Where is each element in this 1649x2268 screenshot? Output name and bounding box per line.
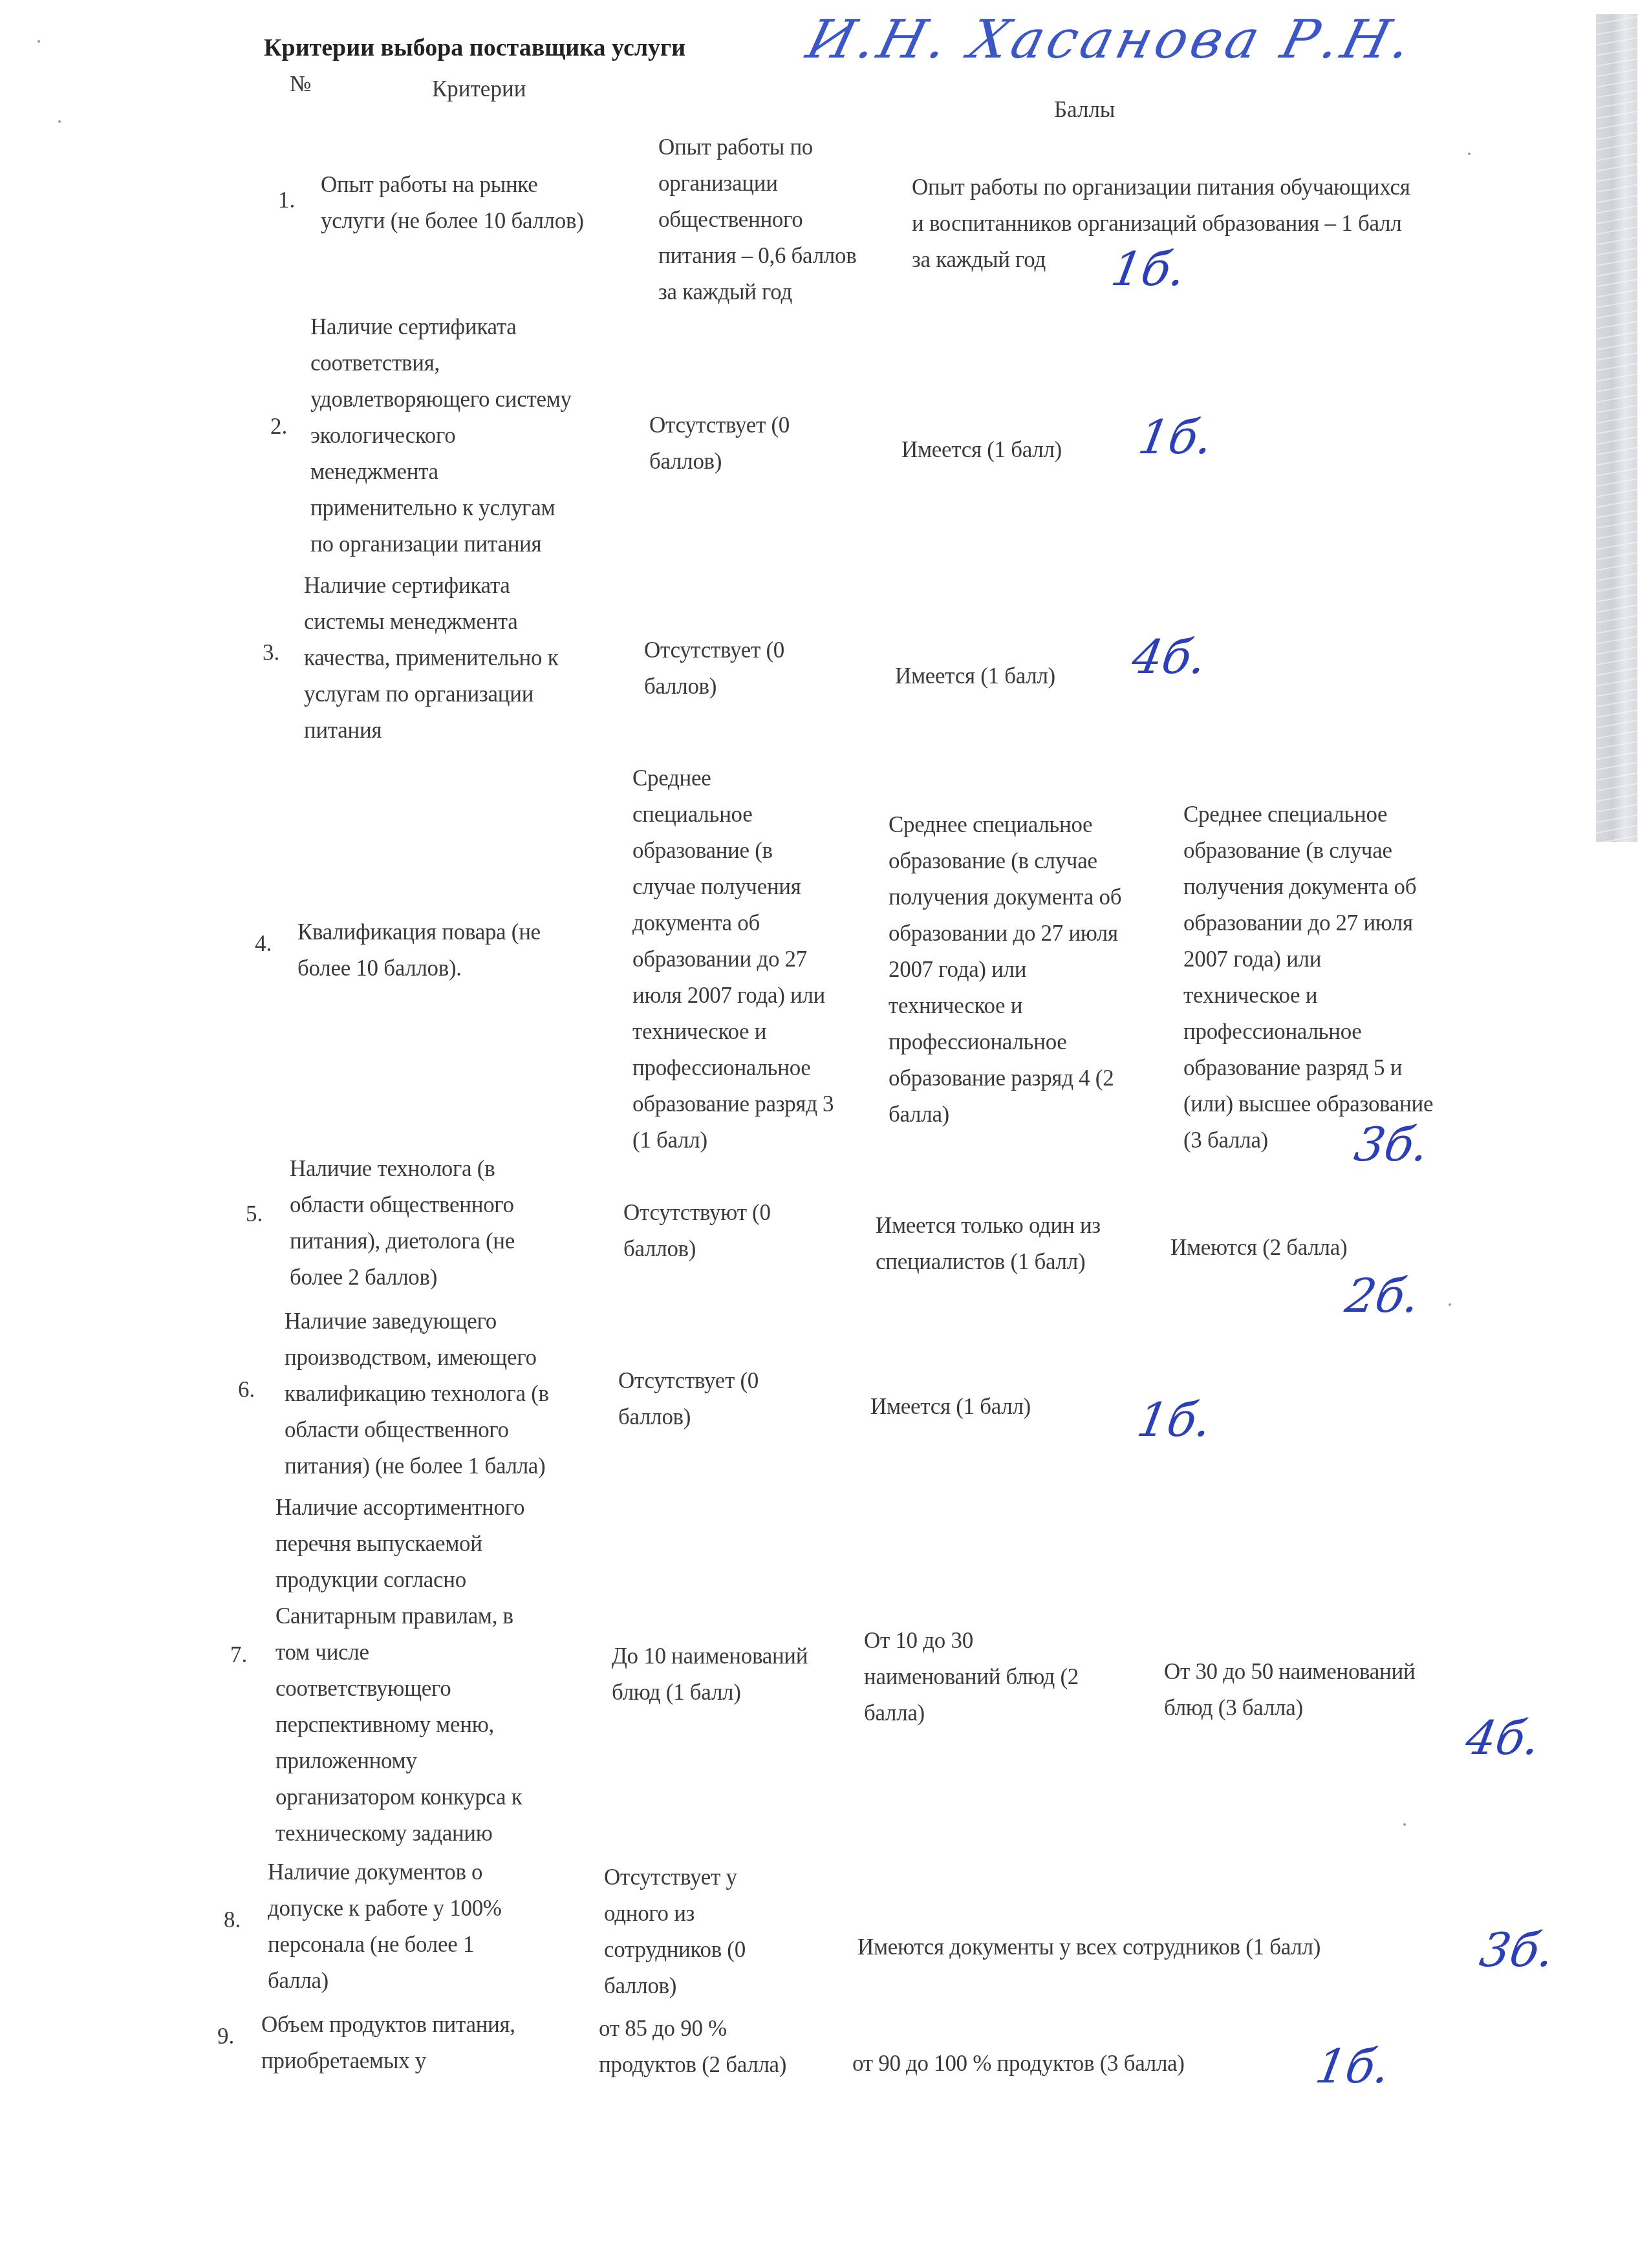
handwritten-score: 4б. xyxy=(1129,634,1210,680)
criterion-text: Объем продуктов питания, приобретаемых у xyxy=(261,2007,515,2079)
handwritten-score: 3б. xyxy=(1477,1927,1558,1973)
criterion-text: Наличие сертификата соответствия, удовле… xyxy=(310,309,572,562)
score-option: До 10 наименований блюд (1 балл) xyxy=(612,1638,808,1711)
score-option: Среднее специальное образование (в случа… xyxy=(632,760,834,1159)
criterion-text: Квалификация повара (не более 10 баллов)… xyxy=(297,914,541,987)
score-option: Имеется (1 балл) xyxy=(901,432,1062,468)
criterion-text: Наличие сертификата системы менеджмента … xyxy=(304,568,558,749)
handwritten-score: 1б. xyxy=(1108,246,1189,292)
handwritten-signature: И.Н. Хасанова Р.Н. xyxy=(801,9,1421,70)
row-number: 2. xyxy=(270,414,287,440)
score-option: Среднее специальное образование (в случа… xyxy=(889,807,1121,1133)
row-number: 1. xyxy=(278,187,295,213)
score-option: Имеются документы у всех сотрудников (1 … xyxy=(857,1929,1320,1965)
scan-speck xyxy=(38,40,40,43)
handwritten-score: 2б. xyxy=(1342,1272,1423,1319)
criterion-text: Опыт работы на рынке услуги (не более 10… xyxy=(321,167,584,239)
column-header-points: Баллы xyxy=(1054,97,1115,123)
score-option: Имеется (1 балл) xyxy=(870,1389,1031,1425)
score-option: Имеется только один из специалистов (1 б… xyxy=(876,1208,1101,1280)
row-number: 3. xyxy=(263,640,279,666)
score-option: от 90 до 100 % продуктов (3 балла) xyxy=(852,2046,1185,2082)
score-option: Опыт работы по организации общественного… xyxy=(658,129,856,310)
score-option: Отсутствует у одного из сотрудников (0 б… xyxy=(604,1859,746,2004)
row-number: 4. xyxy=(255,931,272,957)
score-option: От 30 до 50 наименований блюд (3 балла) xyxy=(1164,1654,1415,1726)
score-option: Отсутствует (0 баллов) xyxy=(649,407,790,480)
scan-speck xyxy=(1449,1303,1451,1306)
score-option: Отсутствует (0 баллов) xyxy=(644,632,784,705)
column-header-number: № xyxy=(290,71,311,97)
handwritten-score: 1б. xyxy=(1313,2043,1394,2090)
handwritten-score: 1б. xyxy=(1136,414,1216,460)
row-number: 8. xyxy=(224,1907,241,1933)
scan-speck xyxy=(1468,153,1471,155)
score-option: Имеются (2 балла) xyxy=(1170,1230,1347,1266)
scan-speck xyxy=(1403,1823,1406,1826)
score-option: Отсутствуют (0 баллов) xyxy=(623,1195,771,1267)
handwritten-score: 3б. xyxy=(1352,1121,1432,1168)
scan-speck xyxy=(58,120,61,123)
score-option: Среднее специальное образование (в случа… xyxy=(1183,797,1433,1159)
criterion-text: Наличие ассортиментного перечня выпускае… xyxy=(275,1490,524,1852)
score-option: Отсутствует (0 баллов) xyxy=(618,1363,759,1435)
row-number: 6. xyxy=(238,1377,255,1403)
row-number: 9. xyxy=(217,2024,234,2049)
criterion-text: Наличие документов о допуске к работе у … xyxy=(268,1854,502,1999)
score-option: От 10 до 30 наименований блюд (2 балла) xyxy=(864,1623,1079,1731)
scan-edge-artifact xyxy=(1596,14,1637,842)
column-header-criteria: Критерии xyxy=(432,76,526,102)
handwritten-score: 1б. xyxy=(1134,1396,1215,1443)
row-number: 5. xyxy=(246,1201,263,1227)
criterion-text: Наличие технолога (в области общественно… xyxy=(290,1151,515,1296)
document-title: Критерии выбора поставщика услуги xyxy=(264,34,685,62)
handwritten-score: 4б. xyxy=(1463,1715,1544,1761)
criterion-text: Наличие заведующего производством, имеющ… xyxy=(285,1303,549,1484)
row-number: 7. xyxy=(230,1642,247,1668)
score-option: Имеется (1 балл) xyxy=(895,658,1055,694)
score-option: от 85 до 90 % продуктов (2 балла) xyxy=(599,2011,786,2083)
